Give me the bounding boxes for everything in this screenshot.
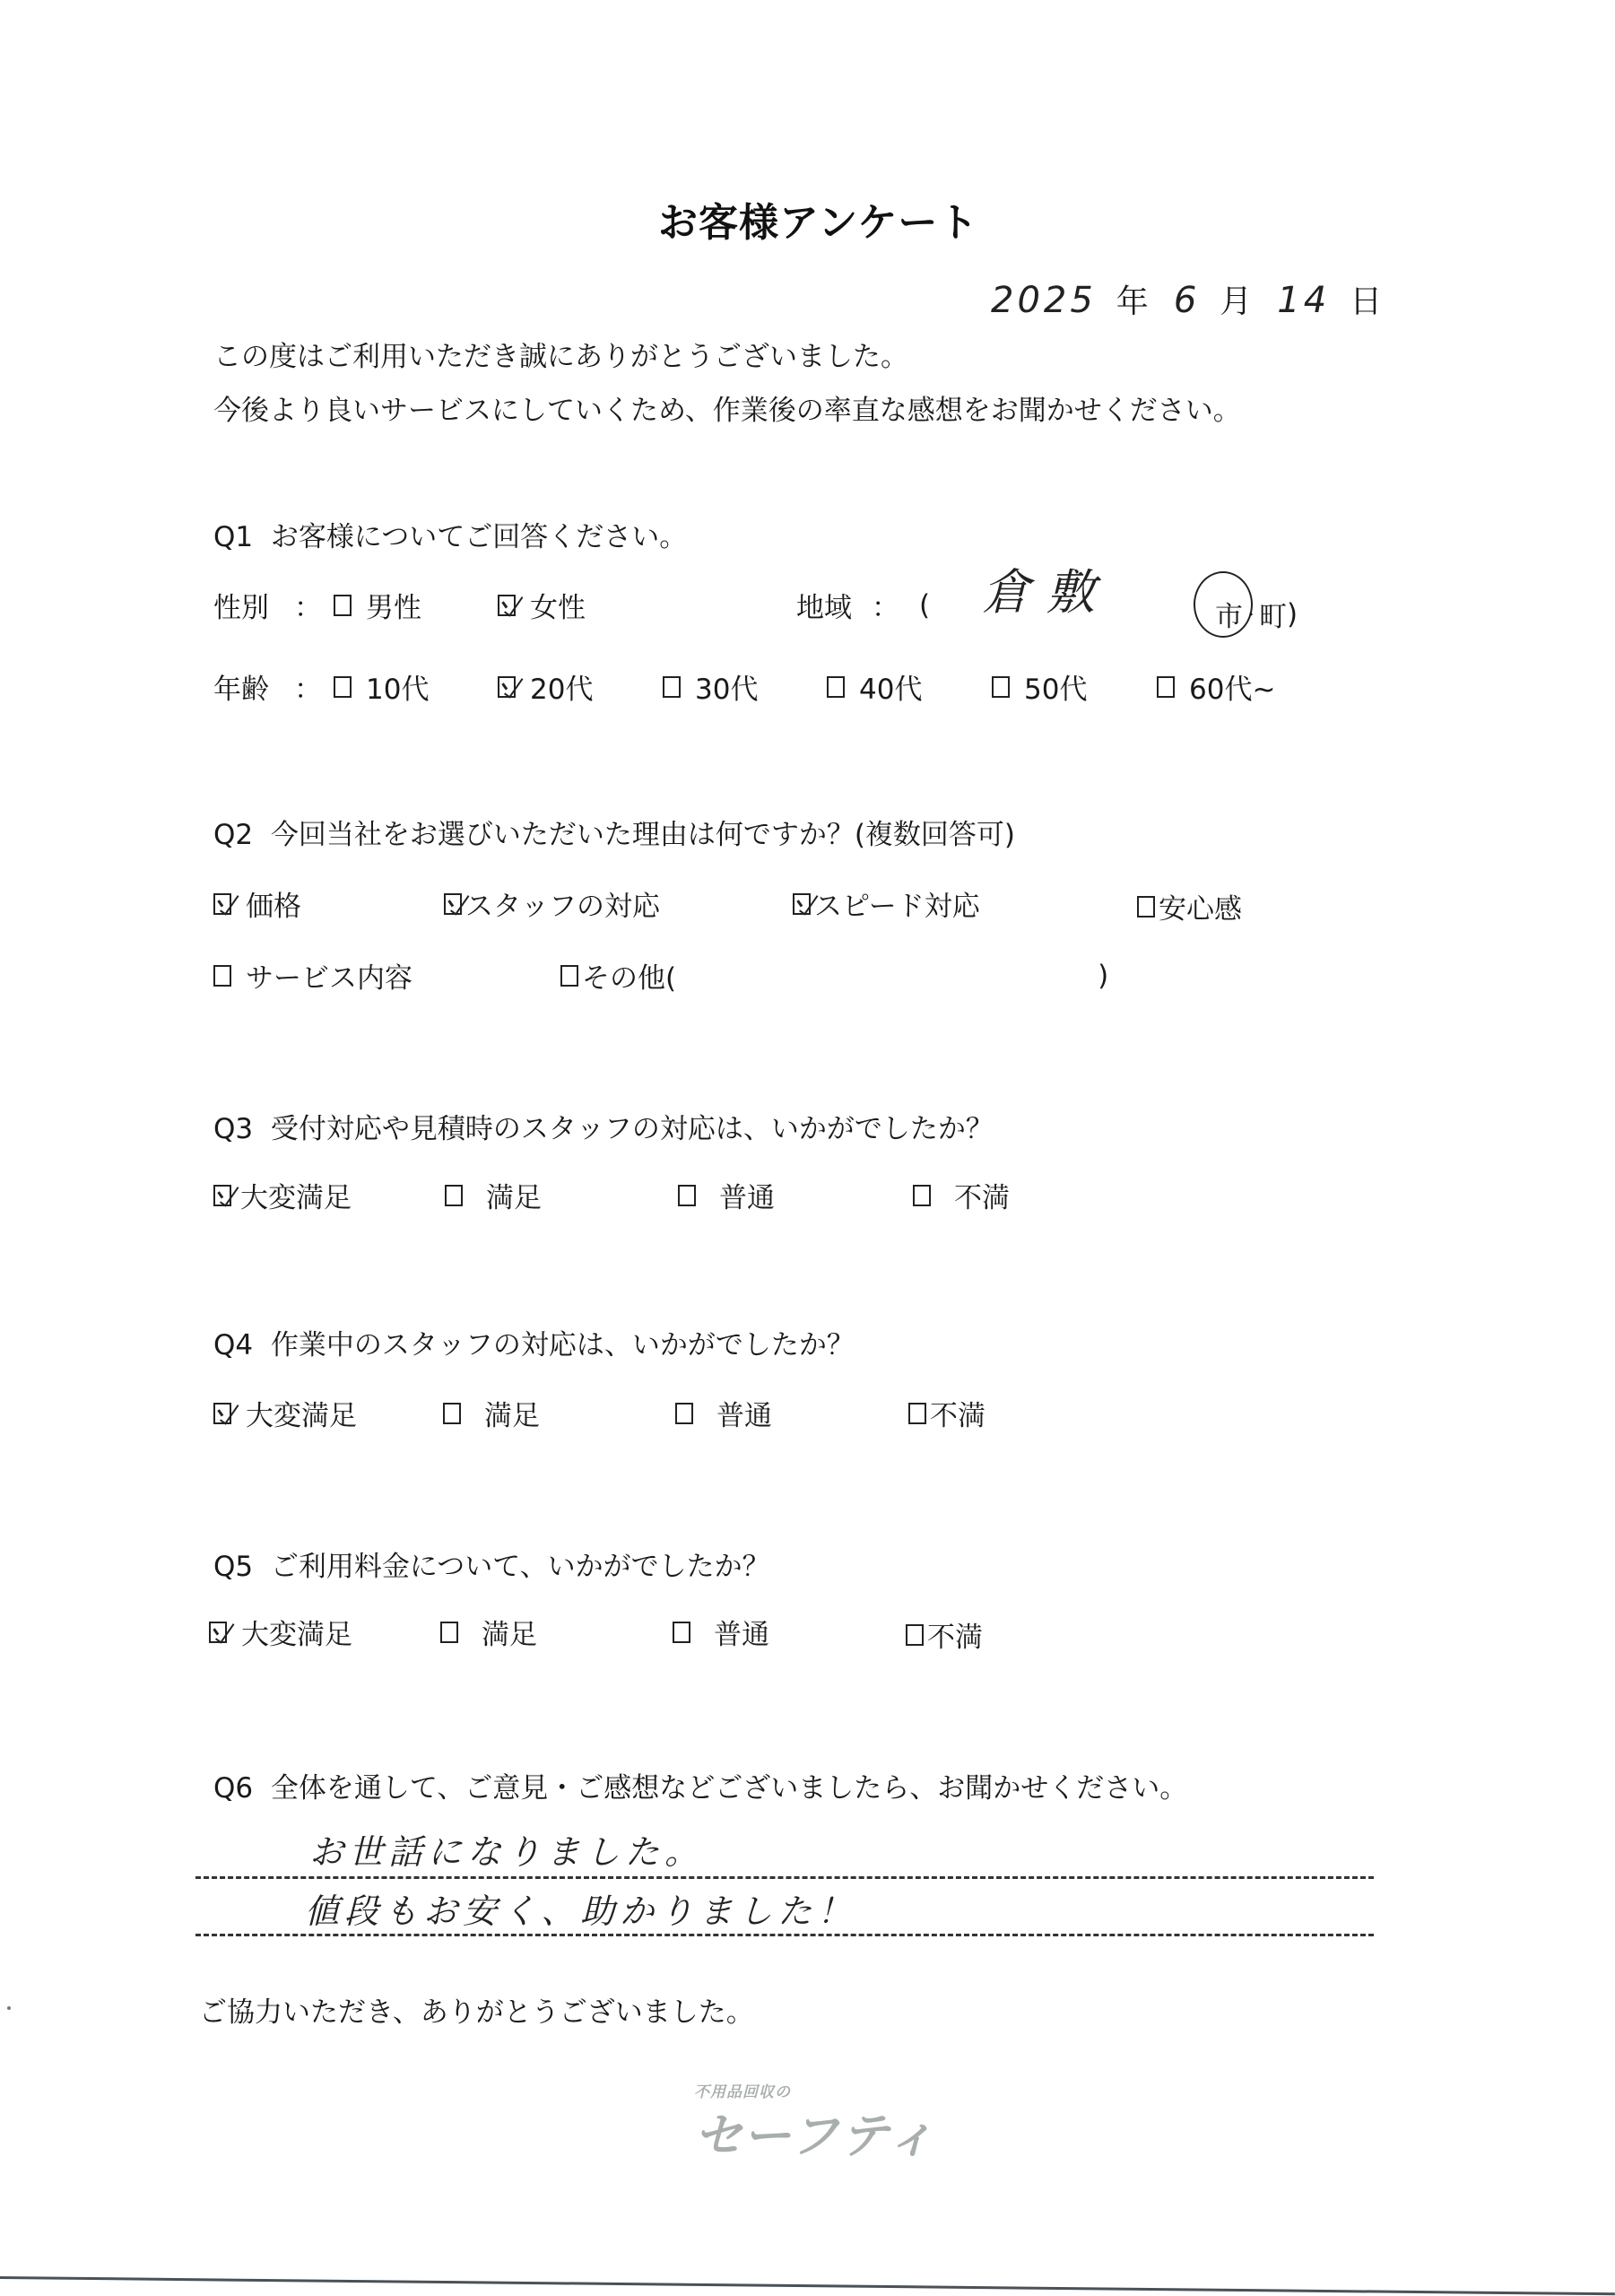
q3-option-label: 大変満足	[240, 1175, 352, 1215]
city-town-choice[interactable]: 市 ・ 町 )	[1215, 594, 1298, 634]
q4-option-label: 満足	[484, 1393, 540, 1433]
checkbox-icon[interactable]	[443, 1403, 461, 1424]
q6-text: 全体を通して、ご意見・ご感想などございましたら、お聞かせください。	[271, 1772, 1187, 1805]
q6-number: Q6	[213, 1772, 253, 1805]
date-field[interactable]: 2025年6月14日	[991, 276, 1382, 322]
q4-option-label: 大変満足	[246, 1393, 357, 1433]
region-field[interactable]: 地域 ： (	[796, 585, 930, 625]
q5-option-neutral[interactable]: 普通	[673, 1612, 769, 1652]
q3-text: 受付対応や見積時のスタッフの対応は、いかがでしたか？	[271, 1113, 994, 1145]
date-year-label: 年	[1116, 283, 1149, 320]
scan-speck	[7, 2006, 11, 2010]
region-label: 地域	[796, 585, 852, 625]
checkbox-checked-icon[interactable]	[213, 1185, 231, 1206]
region-value-handwritten: 倉敷	[982, 554, 1111, 623]
q4-option-neutral[interactable]: 普通	[675, 1393, 772, 1433]
gender-option-label: 女性	[530, 585, 586, 625]
checkbox-checked-icon[interactable]	[209, 1622, 227, 1643]
q6-answer-line-1[interactable]: お世話になりました。	[309, 1824, 704, 1874]
q2-option-service[interactable]: サービス内容	[213, 955, 412, 996]
checkbox-checked-icon[interactable]	[213, 1403, 231, 1424]
q2-number: Q2	[213, 819, 253, 851]
q3-heading: Q3 受付対応や見積時のスタッフの対応は、いかがでしたか？	[213, 1106, 994, 1146]
bottom-edge-line	[0, 2276, 1615, 2295]
age-option-label: 30代	[695, 666, 758, 707]
q2-option-label: 価格	[246, 883, 301, 924]
checkbox-checked-icon[interactable]	[213, 893, 231, 915]
q3-option-label: 不満	[954, 1175, 1010, 1215]
checkbox-icon[interactable]	[560, 965, 578, 987]
age-option-label: 20代	[530, 666, 593, 707]
q5-option-label: 大変満足	[241, 1612, 352, 1652]
q5-option-label: 普通	[714, 1612, 769, 1652]
checkbox-icon[interactable]	[827, 676, 845, 698]
age-label-row: 年齢 ：	[213, 666, 322, 707]
region-close-paren: )	[1287, 598, 1298, 631]
region-open-paren: (	[919, 589, 930, 622]
gender-option-label: 男性	[366, 585, 421, 625]
q2-other-close-paren: )	[1098, 960, 1108, 992]
q5-text: ご利用料金について、いかがでしたか？	[271, 1551, 770, 1583]
q4-text: 作業中のスタッフの対応は、いかがでしたか？	[271, 1329, 855, 1361]
q2-option-label: その他(	[582, 955, 676, 996]
date-year-value: 2025	[991, 280, 1097, 321]
checkbox-checked-icon[interactable]	[498, 676, 516, 698]
gender-colon: ：	[294, 585, 322, 625]
q1-text: お客様についてご回答ください。	[271, 521, 687, 553]
age-option-label: 40代	[859, 666, 922, 707]
q5-heading: Q5 ご利用料金について、いかがでしたか？	[213, 1544, 770, 1584]
q3-number: Q3	[213, 1113, 253, 1145]
age-label: 年齢	[213, 666, 269, 707]
q2-option-label: スタッフの対応	[465, 883, 660, 924]
checkbox-icon[interactable]	[213, 965, 231, 987]
q2-option-label: 安心感	[1159, 886, 1242, 926]
gender-label: 性別	[213, 585, 269, 625]
checkbox-checked-icon[interactable]	[444, 893, 462, 915]
q4-option-satisfied[interactable]: 満足	[443, 1393, 540, 1433]
age-colon: ：	[294, 666, 322, 707]
q2-option-security[interactable]: 安心感	[1137, 886, 1242, 926]
checkbox-checked-icon[interactable]	[498, 595, 516, 616]
city-label[interactable]: 市	[1215, 594, 1243, 634]
company-logo: 不用品回収の セーフティ	[694, 2079, 937, 2167]
q4-number: Q4	[213, 1329, 253, 1361]
town-label[interactable]: 町	[1259, 594, 1287, 634]
q4-option-dissatisfied[interactable]: 不満	[908, 1393, 985, 1433]
q5-option-dissatisfied[interactable]: 不満	[906, 1614, 983, 1655]
checkbox-icon[interactable]	[678, 1185, 696, 1206]
age-option-20s[interactable]: 20代	[498, 666, 593, 707]
date-month-label: 月	[1220, 283, 1252, 320]
q3-option-neutral[interactable]: 普通	[678, 1175, 775, 1215]
checkbox-icon[interactable]	[1157, 676, 1175, 698]
q1-heading: Q1 お客様についてご回答ください。	[213, 514, 687, 554]
q3-option-label: 普通	[719, 1175, 775, 1215]
date-day-label: 日	[1350, 283, 1382, 320]
gender-label-row: 性別 ：	[213, 585, 322, 625]
checkbox-icon[interactable]	[440, 1622, 458, 1643]
checkbox-icon[interactable]	[906, 1624, 924, 1646]
checkbox-icon[interactable]	[1137, 896, 1155, 918]
q6-answer-line-2[interactable]: 値段もお安く、助かりました！	[305, 1883, 856, 1933]
checkbox-icon[interactable]	[992, 676, 1010, 698]
checkbox-icon[interactable]	[334, 676, 352, 698]
q3-option-satisfied[interactable]: 満足	[445, 1175, 542, 1215]
age-option-50s[interactable]: 50代	[992, 666, 1087, 707]
age-option-60s-plus[interactable]: 60代~	[1157, 666, 1275, 707]
q6-heading: Q6 全体を通して、ご意見・ご感想などございましたら、お聞かせください。	[213, 1765, 1187, 1805]
gender-option-male[interactable]: 男性	[334, 585, 421, 625]
checkbox-icon[interactable]	[908, 1403, 926, 1424]
q1-number: Q1	[213, 521, 253, 553]
age-option-label: 10代	[366, 666, 429, 707]
date-month-value: 6	[1174, 280, 1200, 321]
q5-option-label: 満足	[482, 1612, 537, 1652]
q2-option-other[interactable]: その他( )	[560, 955, 1108, 996]
checkbox-icon[interactable]	[913, 1185, 931, 1206]
checkbox-icon[interactable]	[445, 1185, 463, 1206]
checkbox-icon[interactable]	[334, 595, 352, 616]
age-option-label: 60代~	[1189, 666, 1275, 707]
q4-option-label: 不満	[930, 1393, 985, 1433]
q4-option-label: 普通	[716, 1393, 772, 1433]
q2-option-label: サービス内容	[246, 955, 412, 996]
q5-option-label: 不満	[927, 1614, 983, 1655]
checkbox-icon[interactable]	[675, 1403, 693, 1424]
intro-line-1: この度はご利用いただき誠にありがとうございました。	[213, 334, 908, 374]
intro-line-2: 今後より良いサービスにしていくため、作業後の率直な感想をお聞かせください。	[213, 387, 1241, 428]
age-option-30s[interactable]: 30代	[663, 666, 758, 707]
q3-option-dissatisfied[interactable]: 不満	[913, 1175, 1010, 1215]
city-town-separator: ・	[1243, 603, 1259, 626]
q4-heading: Q4 作業中のスタッフの対応は、いかがでしたか？	[213, 1322, 855, 1362]
age-option-10s[interactable]: 10代	[334, 666, 429, 707]
q5-option-satisfied[interactable]: 満足	[440, 1612, 537, 1652]
answer-dotted-line-1	[195, 1876, 1374, 1879]
q2-option-speed[interactable]: スピード対応	[793, 883, 980, 924]
q2-text: 今回当社をお選びいただいた理由は何ですか？(複数回答可)	[271, 819, 1015, 851]
q2-option-label: スピード対応	[814, 883, 980, 924]
q5-option-very-satisfied[interactable]: 大変満足	[209, 1612, 352, 1652]
thanks-message: ご協力いただき、ありがとうございました。	[199, 1989, 754, 2030]
q2-heading: Q2 今回当社をお選びいただいた理由は何ですか？(複数回答可)	[213, 812, 1015, 852]
age-option-40s[interactable]: 40代	[827, 666, 922, 707]
logo-name: セーフティ	[694, 2098, 937, 2167]
checkbox-icon[interactable]	[673, 1622, 690, 1643]
q3-option-very-satisfied[interactable]: 大変満足	[213, 1175, 352, 1215]
q2-option-price[interactable]: 価格	[213, 883, 301, 924]
q5-number: Q5	[213, 1551, 253, 1583]
form-title: お客様アンケート	[658, 190, 978, 248]
date-day-value: 14	[1277, 280, 1330, 321]
q4-option-very-satisfied[interactable]: 大変満足	[213, 1393, 357, 1433]
checkbox-checked-icon[interactable]	[793, 893, 811, 915]
q3-option-label: 満足	[486, 1175, 542, 1215]
gender-option-female[interactable]: 女性	[498, 585, 586, 625]
age-option-label: 50代	[1024, 666, 1087, 707]
checkbox-icon[interactable]	[663, 676, 681, 698]
answer-dotted-line-2	[195, 1934, 1374, 1936]
q2-option-staff[interactable]: スタッフの対応	[444, 883, 660, 924]
region-colon: ：	[872, 585, 899, 625]
